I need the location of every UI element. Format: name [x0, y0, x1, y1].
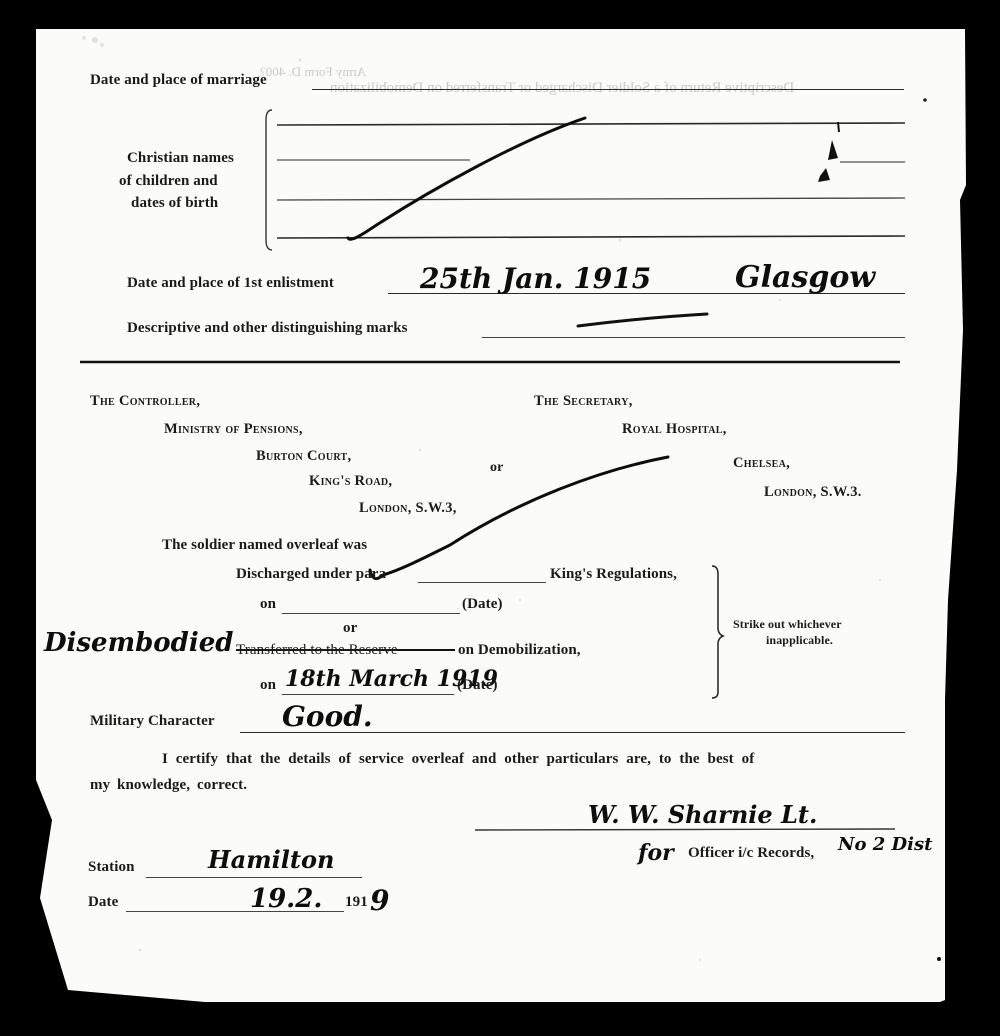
address-or: or — [490, 460, 503, 476]
enlistment-place-handwritten: Glasgow — [735, 260, 875, 295]
marriage-field[interactable] — [312, 89, 904, 90]
strike-note-line1: Strike out whichever — [733, 617, 842, 632]
marks-field[interactable] — [482, 337, 905, 338]
certify-line2: my knowledge, correct. — [90, 777, 247, 794]
demob-date-field[interactable] — [282, 694, 454, 695]
address-left-line1: The Controller, — [90, 393, 200, 410]
officer-signature: W. W. Sharnie Lt. — [588, 800, 817, 829]
records-unit-handwritten: No 2 Dist — [838, 834, 932, 855]
certify-line1: I certify that the details of service ov… — [162, 751, 754, 768]
enlistment-label: Date and place of 1st enlistment — [127, 275, 334, 292]
discharge-date-suffix: (Date) — [462, 596, 503, 613]
demob-on-label: on — [260, 677, 276, 694]
discharged-under-label: Discharged under para — [236, 566, 386, 583]
discharge-date-field[interactable] — [282, 613, 460, 614]
address-right-line1: The Secretary, — [534, 393, 633, 410]
date-label: Date — [88, 894, 118, 911]
military-character-handwritten: Good. — [282, 700, 373, 733]
marriage-label: Date and place of marriage — [90, 72, 267, 89]
station-handwritten: Hamilton — [208, 845, 334, 874]
para-field[interactable] — [418, 582, 546, 583]
marks-label: Descriptive and other distinguishing mar… — [127, 320, 408, 337]
discharge-intro: The soldier named overleaf was — [162, 537, 367, 554]
children-label-line2: of children and — [119, 173, 218, 190]
transferred-struck-text: Transferred to the Reserve — [236, 642, 398, 659]
strike-note-line2: inapplicable. — [766, 633, 833, 648]
scanned-form-page: Army Form D. 400? Descriptive Return of … — [0, 0, 1000, 1036]
children-label-line1: Christian names — [127, 150, 234, 167]
address-right-line4: London, S.W.3. — [764, 484, 862, 501]
address-left-line5: London, S.W.3, — [359, 500, 457, 517]
kings-regulations-label: King's Regulations, — [550, 566, 677, 583]
signature-for-prefix: for — [638, 840, 674, 866]
discharge-or: or — [343, 620, 357, 637]
children-label-line3: dates of birth — [131, 195, 218, 212]
address-right-line3: Chelsea, — [733, 455, 790, 472]
disembodied-handwritten: Disembodied — [44, 628, 233, 658]
station-label: Station — [88, 859, 135, 876]
officer-title: Officer i/c Records, — [688, 845, 814, 862]
military-character-label: Military Character — [90, 713, 215, 730]
address-left-line3: Burton Court, — [256, 448, 351, 465]
date-handwritten: 19.2. — [250, 884, 322, 914]
demob-date-suffix: (Date) — [457, 677, 498, 694]
station-field[interactable] — [146, 877, 362, 878]
date-year-printed: 191 — [345, 894, 368, 911]
address-left-line4: King's Road, — [309, 473, 392, 490]
enlistment-date-handwritten: 25th Jan. 1915 — [420, 262, 651, 295]
demobilization-label: on Demobilization, — [458, 642, 581, 659]
address-left-line2: Ministry of Pensions, — [164, 421, 303, 438]
date-year-handwritten: 9 — [370, 884, 389, 917]
discharge-on-label: on — [260, 596, 276, 613]
address-right-line2: Royal Hospital, — [622, 421, 727, 438]
ghost-form-reference: Army Form D. 400? — [260, 64, 366, 80]
